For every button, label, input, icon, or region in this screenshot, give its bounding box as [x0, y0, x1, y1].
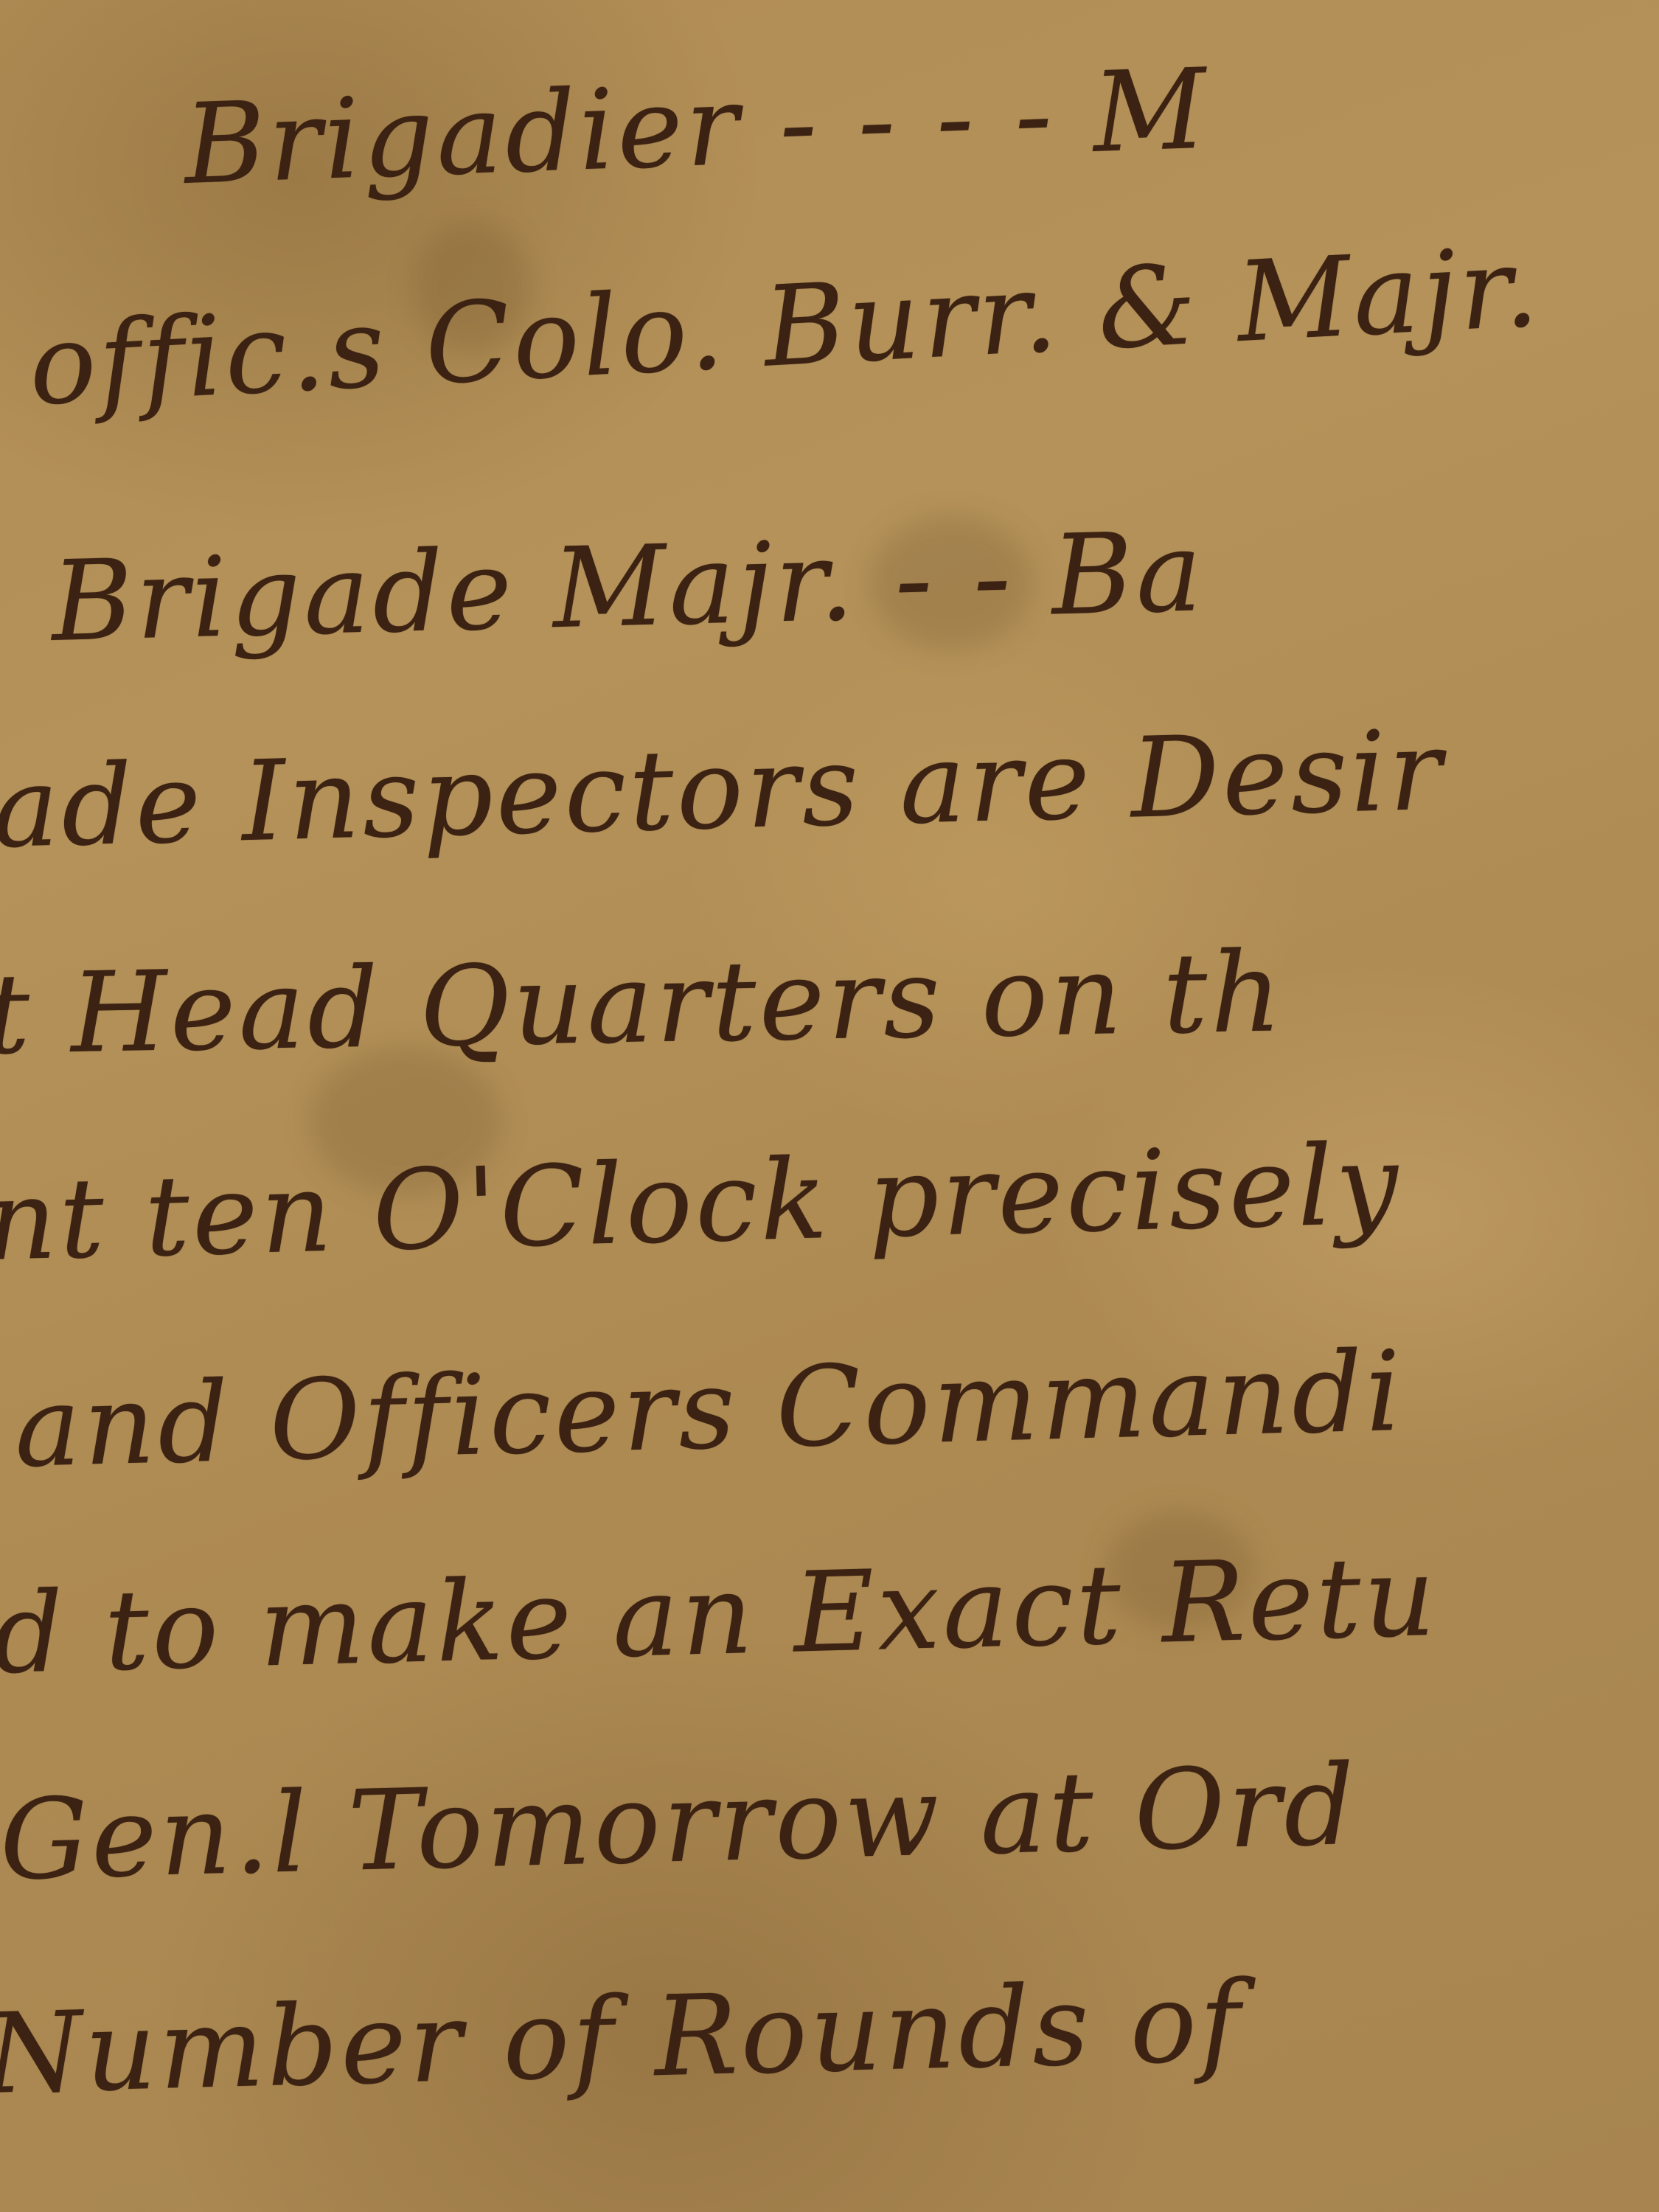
manuscript-line-3: Brigade Majr. - - Ba	[50, 508, 1206, 667]
manuscript-line-10: Number of Rounds of	[0, 1958, 1245, 2119]
manuscript-line-9: Gen.l Tomorrow at Ord	[0, 1742, 1359, 1905]
manuscript-line-4: ade Inspectors are Desir	[0, 706, 1446, 873]
manuscript-line-2: offic.s Colo. Burr. & Majr.	[26, 223, 1544, 431]
manuscript-line-7: and Officers Commandi	[13, 1328, 1405, 1492]
manuscript-line-6: nt ten O'Clock precisely	[0, 1121, 1402, 1286]
manuscript-line-1: Brigadier - - - - M	[182, 46, 1211, 209]
manuscript-page: Brigadier - - - - M offic.s Colo. Burr. …	[0, 0, 1659, 2212]
manuscript-text: Brigadier - - - - M offic.s Colo. Burr. …	[0, 0, 1659, 2212]
manuscript-line-8: d to make an Exact Retu	[0, 1533, 1439, 1699]
manuscript-line-5: t Head Quarters on th	[0, 928, 1286, 1079]
